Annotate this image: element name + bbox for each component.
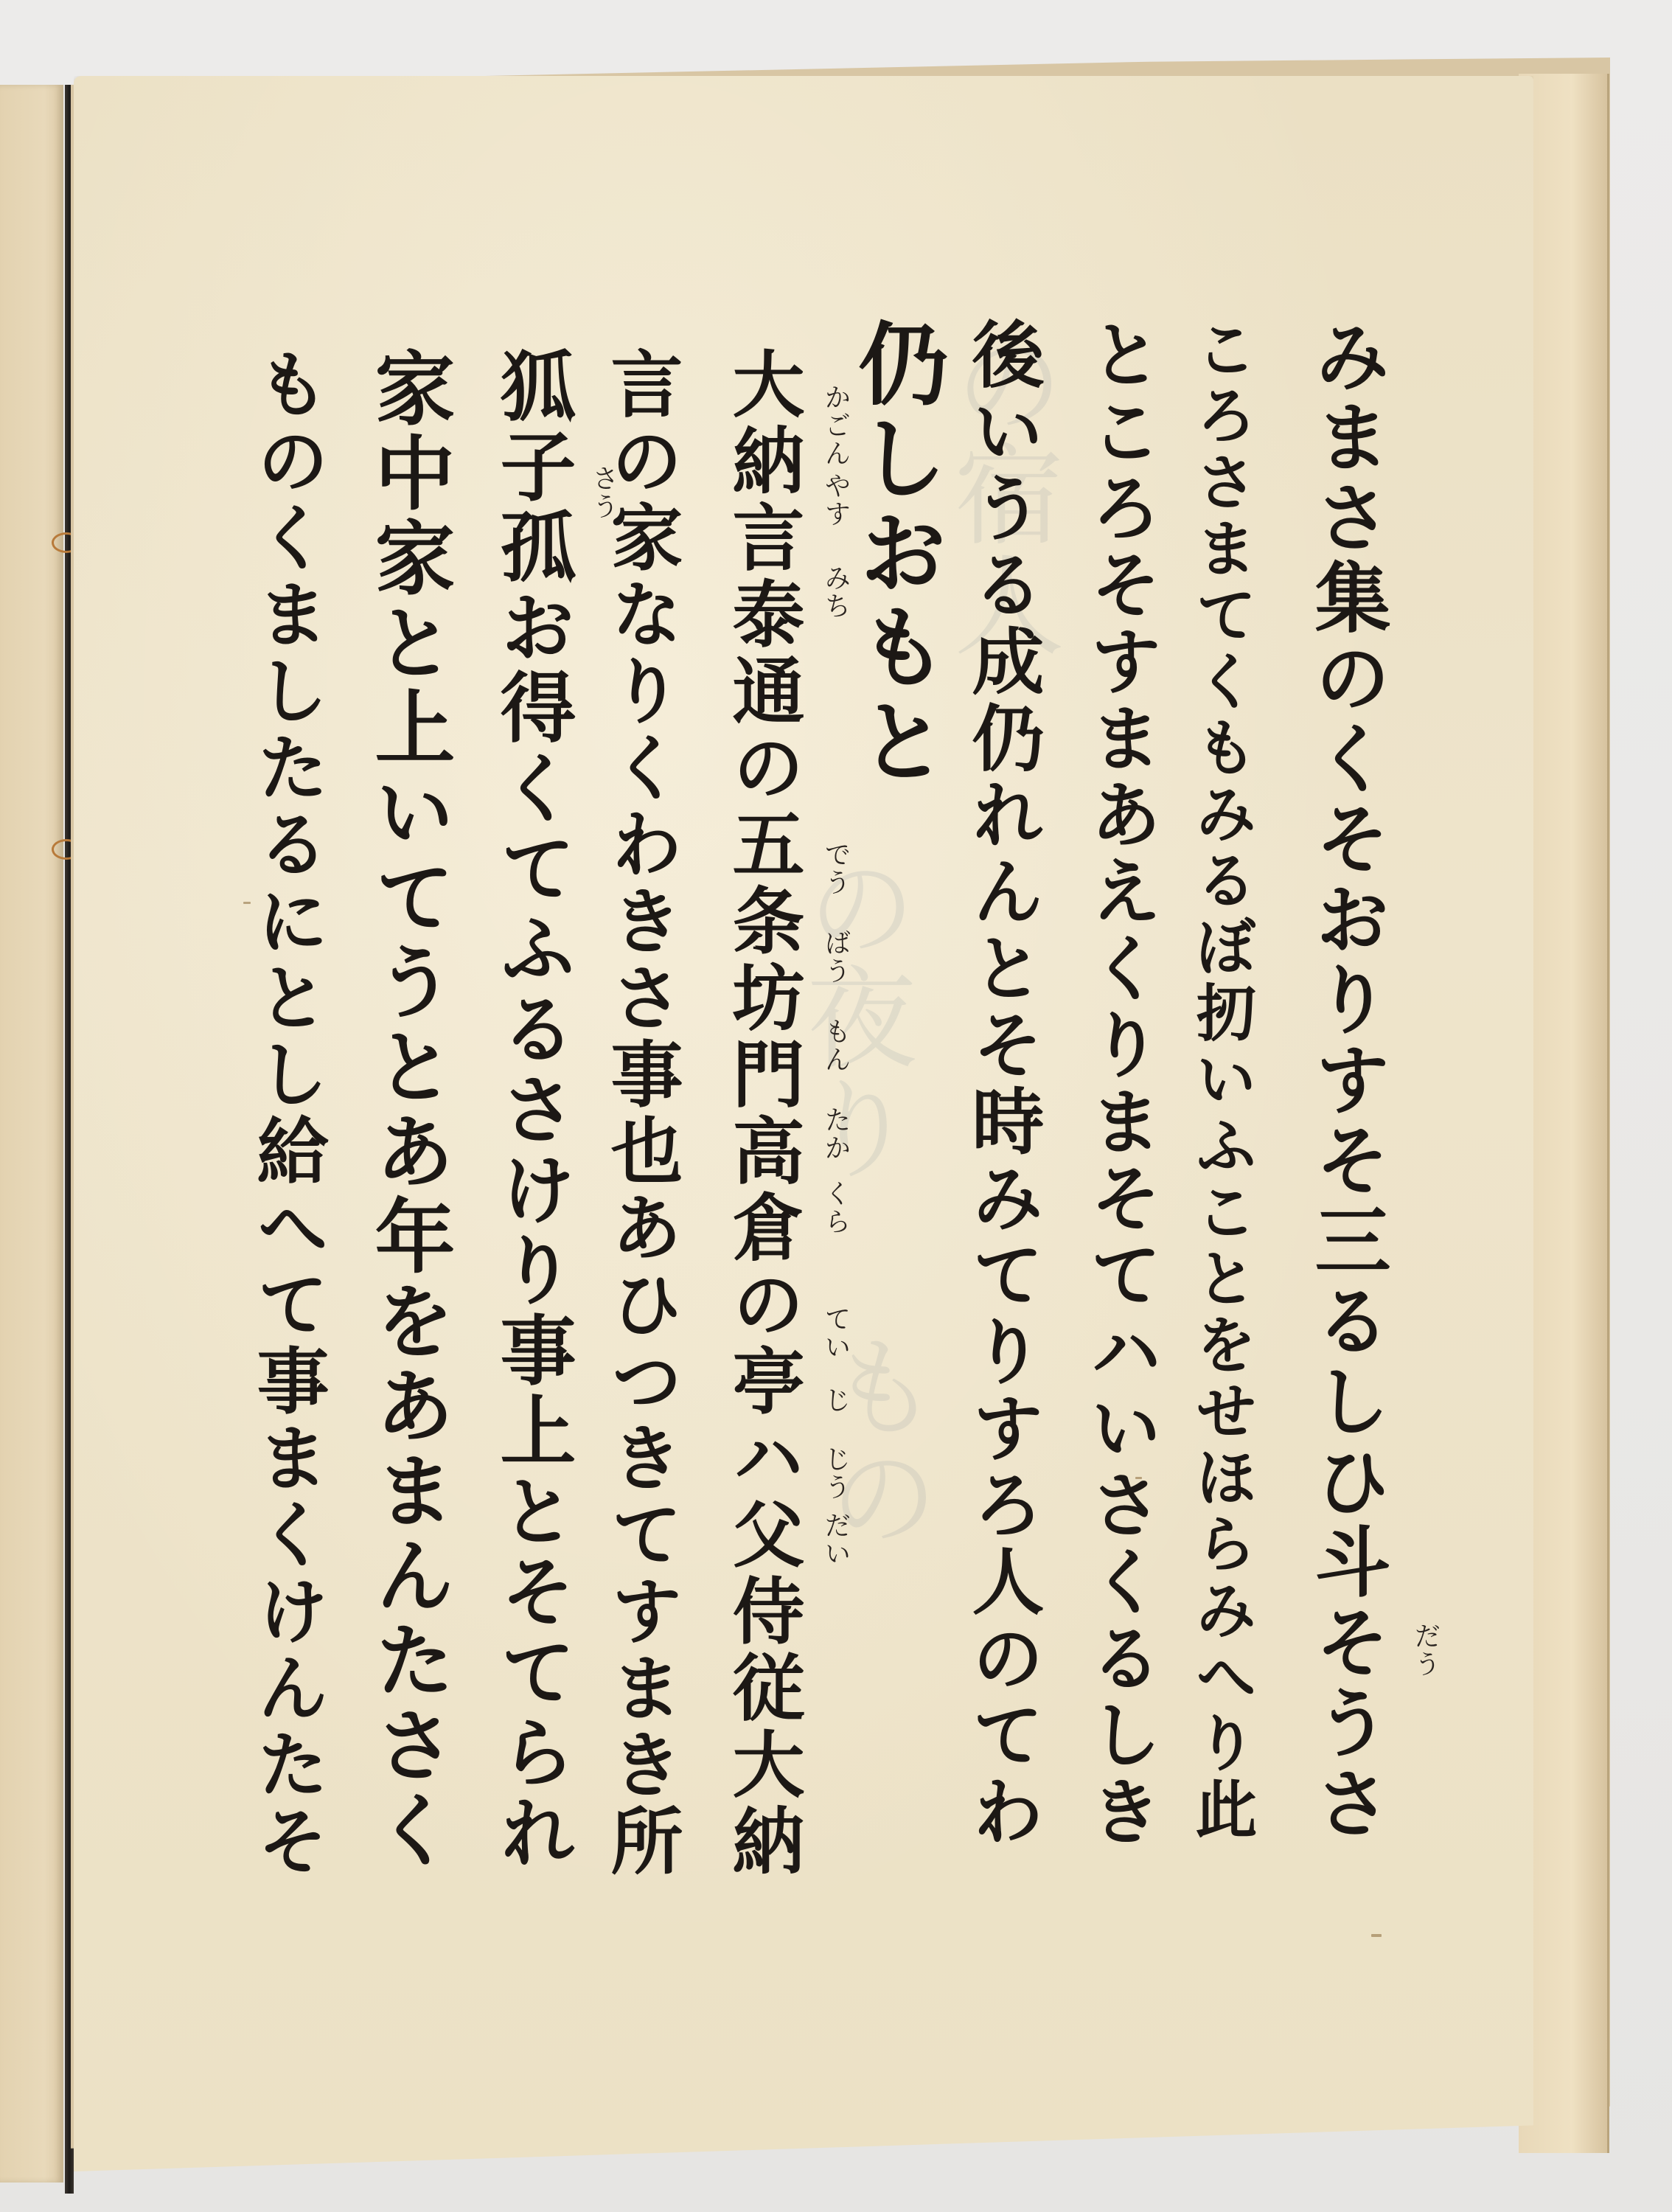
furigana: かごん [822,383,849,467]
text-column-5: 仍しおもと [851,317,941,789]
furigana: さう [590,465,616,521]
text-column-2: ころさまてくもみるぼ扨いふことをせほらみへり此 [1191,317,1253,1843]
manuscript-text: みまさ集のくそおりすそ三るしひ斗そうさ だう ころさまてくもみるぼ扨いふことをせ… [125,317,1393,1895]
furigana: だう [1412,1622,1438,1678]
furigana: くら [822,1180,849,1236]
text-column-10: ものくましたるにとし給へて事まくけんたそ [251,347,323,1880]
furigana: だい [822,1512,849,1568]
left-page-edge [0,85,63,2183]
text-column-6: 大納言泰通の五条坊門高倉の亭ハ父侍従大納 [726,347,798,1880]
furigana: じ [822,1386,849,1414]
text-column-9: 家中家と上いてうとあ年をあまんたさく [369,347,449,1873]
furigana: ばう [822,929,849,985]
furigana: じう [822,1445,849,1501]
text-column-1: みまさ集のくそおりすそ三るしひ斗そうさ [1309,317,1384,1844]
text-column-7: 言の家なりくわきさ事也あひつきてすまき所 [605,347,677,1880]
furigana: みち [822,564,849,620]
furigana: たか [822,1106,849,1162]
text-column-4: 後いうる成仍れんとそ時みてりすろ人のてわ [966,317,1038,1851]
text-column-8: 狐子孤お得くてふるさけり事上とそてられ [494,347,570,1874]
furigana: てい [822,1305,849,1361]
furigana: やす [822,472,849,528]
text-column-3: ところそすまあえくりまそてハいさくるしき [1084,317,1156,1851]
furigana: もん [822,1018,849,1074]
furigana: でう [822,841,849,897]
paper-fleck [1371,1934,1382,1937]
